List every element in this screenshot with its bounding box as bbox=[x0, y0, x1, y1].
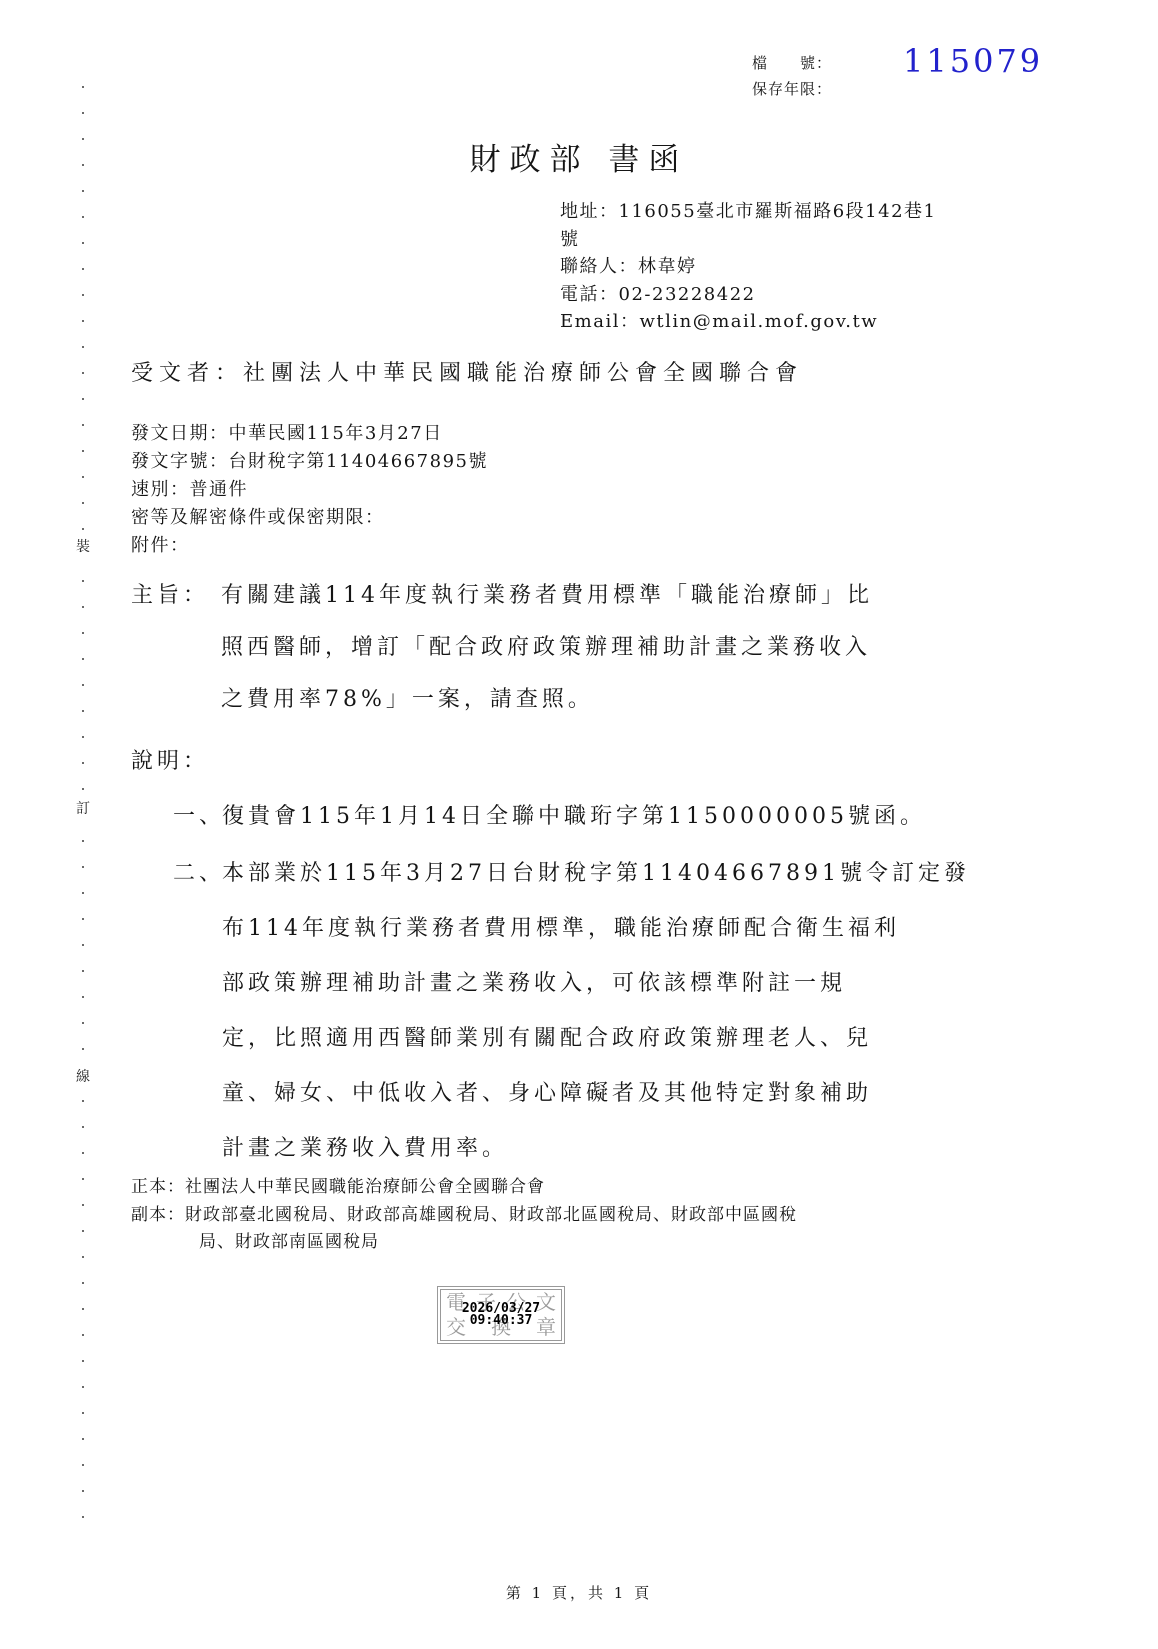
document-title: 財政部 書函 bbox=[0, 134, 1158, 179]
subject-label: 主旨： bbox=[131, 570, 221, 726]
distribution-block: 正本：社團法人中華民國職能治療師公會全國聯合會 副本：財政部臺北國稅局、財政部高… bbox=[131, 1174, 797, 1257]
speed-class-line: 速別：普通件 bbox=[131, 476, 488, 504]
item-1-marker: 一、 bbox=[173, 799, 222, 830]
sender-address-line-2: 號 bbox=[560, 226, 936, 254]
cc-line-1: 副本：財政部臺北國稅局、財政部高雄國稅局、財政部北區國稅局、財政部中區國稅 bbox=[131, 1202, 797, 1230]
item-2-marker: 二、 bbox=[173, 846, 222, 1176]
description-heading: 說明： bbox=[131, 744, 209, 775]
subject-line: 照西醫師，增訂「配合政府政策辦理補助計畫之業務收入 bbox=[221, 622, 873, 674]
security-class-line: 密等及解密條件或保密期限： bbox=[131, 504, 488, 532]
subject-block: 主旨： 有關建議114年度執行業務者費用標準「職能治療師」比 照西醫師，增訂「配… bbox=[131, 570, 873, 726]
binding-mark-ding: 訂 bbox=[73, 796, 93, 820]
item-2-line: 童、婦女、中低收入者、身心障礙者及其他特定對象補助 bbox=[222, 1066, 970, 1121]
binding-mark-xian: 線 bbox=[73, 1064, 93, 1088]
stamp-datetime: 2026/03/27 09:40:37 bbox=[441, 1290, 561, 1340]
sender-address-line-1: 地址：116055臺北市羅斯福路6段142巷1 bbox=[560, 198, 936, 226]
subject-text: 有關建議114年度執行業務者費用標準「職能治療師」比 照西醫師，增訂「配合政府政… bbox=[221, 570, 873, 726]
document-page: 裝 訂 線 檔 號： 保存年限： 115079 財政部 書函 地址：116055… bbox=[0, 0, 1158, 1649]
subject-line: 之費用率78%」一案，請查照。 bbox=[221, 674, 873, 726]
document-metadata: 發文日期：中華民國115年3月27日 發文字號：台財稅字第11404667895… bbox=[131, 420, 488, 560]
sender-phone: 電話：02-23228422 bbox=[560, 281, 936, 309]
original-copy-line: 正本：社團法人中華民國職能治療師公會全國聯合會 bbox=[131, 1174, 797, 1202]
subject-line: 有關建議114年度執行業務者費用標準「職能治療師」比 bbox=[221, 570, 873, 622]
item-1-text: 復貴會115年1月14日全聯中職珩字第1150000005號函。 bbox=[222, 799, 926, 830]
item-2-line: 部政策辦理補助計畫之業務收入，可依該標準附註一規 bbox=[222, 956, 970, 1011]
sender-contact-block: 地址：116055臺北市羅斯福路6段142巷1 號 聯絡人：林韋婷 電話：02-… bbox=[560, 198, 936, 336]
header-labels: 檔 號： 保存年限： bbox=[752, 50, 832, 102]
binding-mark-zhuang: 裝 bbox=[73, 534, 93, 558]
issue-date-line: 發文日期：中華民國115年3月27日 bbox=[131, 420, 488, 448]
sender-contact-person: 聯絡人：林韋婷 bbox=[560, 253, 936, 281]
item-2-line: 本部業於115年3月27日台財稅字第11404667891號令訂定發 bbox=[222, 846, 970, 901]
item-2-line: 計畫之業務收入費用率。 bbox=[222, 1121, 970, 1176]
item-2-line: 定，比照適用西醫師業別有關配合政府政策辦理老人、兒 bbox=[222, 1011, 970, 1066]
item-2-text: 本部業於115年3月27日台財稅字第11404667891號令訂定發 布114年… bbox=[222, 846, 970, 1176]
cc-line-2: 局、財政部南區國稅局 bbox=[131, 1229, 797, 1257]
description-item-1: 一、 復貴會115年1月14日全聯中職珩字第1150000005號函。 bbox=[173, 799, 926, 830]
page-number: 第 1 頁，共 1 頁 bbox=[0, 1582, 1158, 1603]
retention-period-label: 保存年限： bbox=[752, 76, 832, 102]
item-2-line: 布114年度執行業務者費用標準，職能治療師配合衛生福利 bbox=[222, 901, 970, 956]
sender-email: Email：wtlin@mail.mof.gov.tw bbox=[560, 308, 936, 336]
attachment-line: 附件： bbox=[131, 532, 488, 560]
doc-number-line: 發文字號：台財稅字第11404667895號 bbox=[131, 448, 488, 476]
electronic-exchange-stamp: 電 子 公 文 交 換 章 2026/03/27 09:40:37 bbox=[437, 1286, 565, 1344]
file-number-label: 檔 號： bbox=[752, 50, 832, 76]
stamp-time: 09:40:37 bbox=[470, 1315, 533, 1327]
description-item-2: 二、 本部業於115年3月27日台財稅字第11404667891號令訂定發 布1… bbox=[173, 846, 970, 1176]
recipient-line: 受文者：社團法人中華民國職能治療師公會全國聯合會 bbox=[131, 356, 803, 387]
file-number-value: 115079 bbox=[903, 42, 1043, 80]
